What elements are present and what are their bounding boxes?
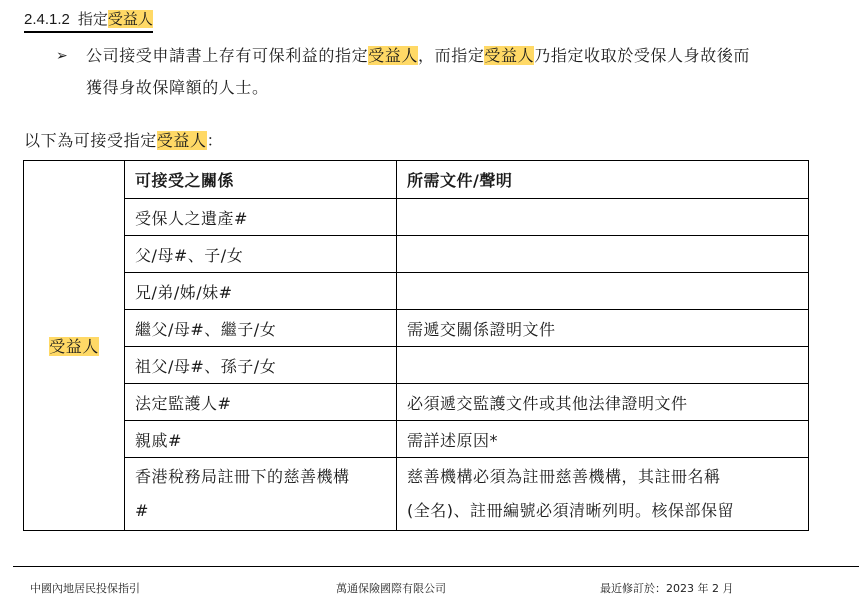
- highlight-term: 受益人: [484, 46, 534, 65]
- relation-cell: 親戚#: [125, 421, 397, 458]
- table-row: 父/母#、子/女: [24, 236, 809, 273]
- bullet-paragraph: ➢ 公司接受申請書上存有可保利益的指定受益人，而指定受益人乃指定收取於受保人身故…: [56, 40, 846, 104]
- footer-center: 萬通保險國際有限公司: [336, 580, 446, 596]
- arrow-bullet-icon: ➢: [56, 40, 68, 72]
- section-heading: 2.4.1.2指定受益人: [24, 8, 153, 33]
- highlight-term: 受益人: [368, 46, 418, 65]
- docs-cell: [397, 199, 809, 236]
- relation-cell: 繼父/母#、繼子/女: [125, 310, 397, 347]
- row-label-cell: 受益人: [24, 161, 125, 531]
- docs-cell: 需遞交關係證明文件: [397, 310, 809, 347]
- table-row: 親戚# 需詳述原因*: [24, 421, 809, 458]
- intro-prefix: 以下為可接受指定: [24, 131, 157, 150]
- table-header-row: 受益人 可接受之關係 所需文件/聲明: [24, 161, 809, 199]
- docs-cell: [397, 236, 809, 273]
- section-number: 2.4.1.2: [24, 11, 70, 28]
- footer-divider: [13, 566, 859, 567]
- row-label: 受益人: [49, 337, 99, 356]
- docs-line: (全名)、註冊編號必須清晰列明。核保部保留: [407, 501, 734, 520]
- beneficiary-table: 受益人 可接受之關係 所需文件/聲明 受保人之遺產# 父/母#、子/女 兄/弟/…: [23, 160, 809, 531]
- bullet-text-part: 公司接受申請書上存有可保利益的指定: [86, 46, 368, 65]
- bullet-text-line2: 獲得身故保障額的人士。: [86, 78, 269, 97]
- bullet-text-part: 乃指定收取於受保人身故後而: [534, 46, 750, 65]
- intro-suffix: ：: [207, 131, 224, 150]
- footer-right: 最近修訂於：2023 年 2 月: [600, 580, 733, 596]
- relation-cell: 祖父/母#、孫子/女: [125, 347, 397, 384]
- relation-cell: 香港稅務局註冊下的慈善機構 #: [125, 458, 397, 531]
- table-intro: 以下為可接受指定受益人：: [24, 130, 223, 152]
- column-header-relation: 可接受之關係: [125, 161, 397, 199]
- column-header-docs: 所需文件/聲明: [397, 161, 809, 199]
- docs-cell: [397, 347, 809, 384]
- bullet-text: 公司接受申請書上存有可保利益的指定受益人，而指定受益人乃指定收取於受保人身故後而…: [86, 40, 846, 104]
- relation-cell: 法定監護人#: [125, 384, 397, 421]
- table-row: 兄/弟/姊/妹#: [24, 273, 809, 310]
- section-title-highlight: 受益人: [108, 10, 153, 28]
- docs-line: 慈善機構必須為註冊慈善機構，其註冊名稱: [407, 467, 721, 486]
- docs-cell: 必須遞交監護文件或其他法律證明文件: [397, 384, 809, 421]
- table-row: 受保人之遺產#: [24, 199, 809, 236]
- section-title-prefix: 指定: [78, 10, 108, 28]
- table-row: 繼父/母#、繼子/女 需遞交關係證明文件: [24, 310, 809, 347]
- docs-cell: 需詳述原因*: [397, 421, 809, 458]
- table-row: 法定監護人# 必須遞交監護文件或其他法律證明文件: [24, 384, 809, 421]
- table-row: 香港稅務局註冊下的慈善機構 # 慈善機構必須為註冊慈善機構，其註冊名稱 (全名)…: [24, 458, 809, 531]
- footer-left: 中國內地居民投保指引: [30, 580, 140, 596]
- relation-cell: 父/母#、子/女: [125, 236, 397, 273]
- relation-line: 香港稅務局註冊下的慈善機構: [135, 467, 350, 486]
- relation-line: #: [135, 501, 149, 520]
- relation-cell: 受保人之遺產#: [125, 199, 397, 236]
- docs-cell: [397, 273, 809, 310]
- bullet-text-part: ，而指定: [418, 46, 484, 65]
- docs-cell: 慈善機構必須為註冊慈善機構，其註冊名稱 (全名)、註冊編號必須清晰列明。核保部保…: [397, 458, 809, 531]
- highlight-term: 受益人: [157, 131, 207, 150]
- relation-cell: 兄/弟/姊/妹#: [125, 273, 397, 310]
- table-row: 祖父/母#、孫子/女: [24, 347, 809, 384]
